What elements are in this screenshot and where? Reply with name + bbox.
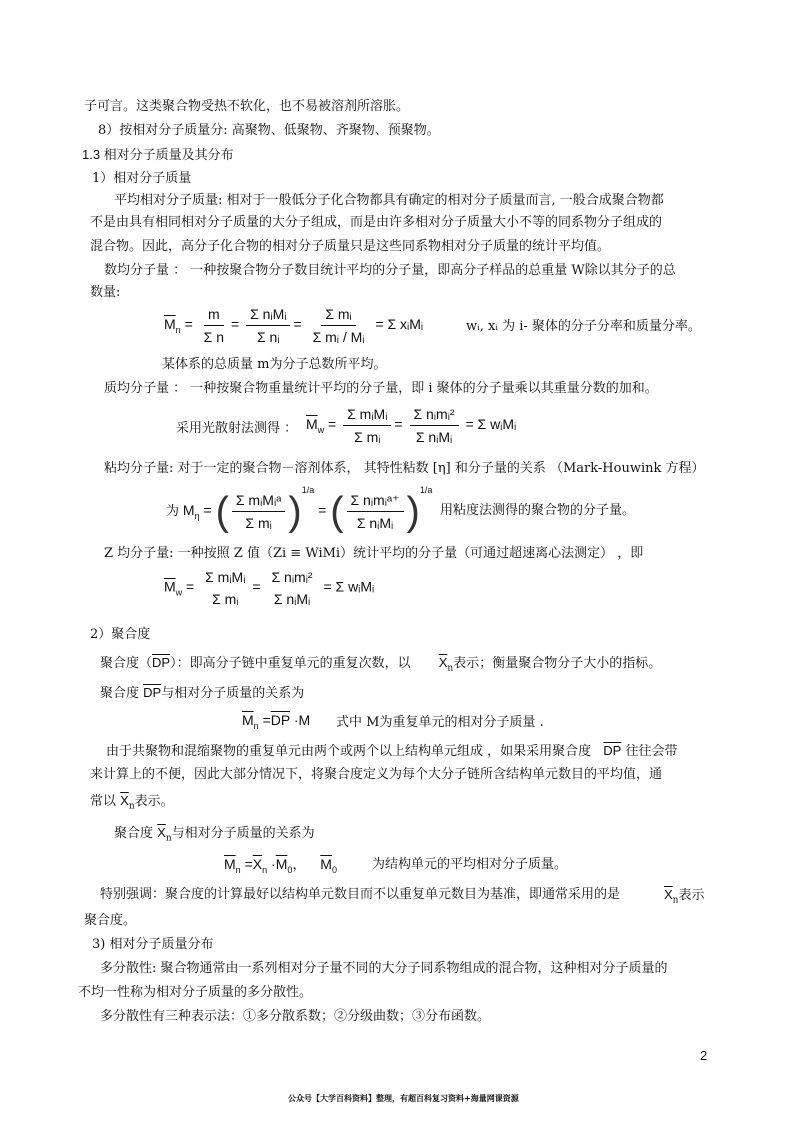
paragraph-line: 某体系的总质量 m为分子总数所平均。 bbox=[162, 356, 386, 374]
formula-number-average: Mn = mΣ n= Σ nᵢMᵢΣ nᵢ= Σ mᵢΣ mᵢ / Mᵢ = Σ… bbox=[164, 305, 423, 346]
subheading-distribution: 3) 相对分子质量分布 bbox=[92, 936, 213, 954]
paragraph-viscosity-average: 粘均分子量: 对于一定的聚合物－溶剂体系， 其特性粘数 [η] 和分子量的关系 … bbox=[104, 460, 705, 478]
paragraph-number-average: 数均分子量 ： 一种按聚合物分子数目统计平均的分子量，即高分子样品的总重量 W除… bbox=[104, 262, 676, 280]
list-item-8: 8）按相对分子质量分: 高聚物、低聚物、齐聚物、预聚物。 bbox=[98, 122, 440, 140]
paragraph-line: 数量: bbox=[90, 284, 120, 302]
section-heading-1-3: 1.3 相对分子质量及其分布 bbox=[82, 146, 234, 164]
paragraph-representation-methods: 多分散性有三种表示法：①多分散系数；②分级曲数；③分布函数。 bbox=[100, 1008, 490, 1026]
footer-note: 公众号【大学百科资料】整理，有超百科复习资料+海量网课资源 bbox=[288, 1093, 519, 1104]
formula-prefix: 采用光散射法测得 ： bbox=[176, 420, 297, 438]
formula-weight-average: Mw = Σ mᵢMᵢΣ mᵢ= Σ nᵢmᵢ²Σ nᵢMᵢ = Σ wᵢMᵢ bbox=[306, 405, 516, 446]
paragraph-line: 聚合度。 bbox=[84, 912, 136, 930]
paragraph-z-average: Z 均分子量: 一种按照 Z 值（Zi ≡ WiMi）统计平均的分子量（可通过超… bbox=[104, 545, 643, 563]
paragraph-line: 不是由具有相同相对分子质量的大分子组成，而是由许多相对分子质量大小不等的同系物分… bbox=[90, 214, 662, 232]
paragraph-xn-relation: 聚合度 Xn与相对分子质量的关系为 bbox=[114, 824, 315, 848]
formula-mn-dp: Mn =DP ·M bbox=[242, 712, 310, 731]
paragraph-dp-relation: 聚合度 DP与相对分子质量的关系为 bbox=[100, 684, 304, 703]
formula-note: wᵢ, xᵢ 为 i- 聚体的分子分率和质量分率。 bbox=[466, 318, 701, 336]
paragraph-line: 不均一性称为相对分子质量的多分散性。 bbox=[78, 984, 312, 1002]
formula-viscosity-average: 为 Mη = (Σ mᵢMᵢᵃΣ mᵢ)1/a = (Σ nᵢmᵢᵃ⁺Σ nᵢM… bbox=[166, 485, 432, 532]
formula-mn-xn: Mn =Xn ·M0， M0 bbox=[224, 854, 337, 875]
paragraph-copolymer: 由于共聚物和混缩聚物的重复单元由两个或两个以上结构单元组成 ，如果采用聚合度 D… bbox=[106, 742, 678, 761]
formula-z-average: Mw = Σ mᵢMᵢΣ mᵢ= Σ nᵢmᵢ²Σ nᵢMᵢ = Σ wᵢMᵢ bbox=[164, 568, 374, 608]
paragraph-polydispersity: 多分散性: 聚合物通常由一系列相对分子量不同的大分子同系物组成的混合物，这种相对… bbox=[100, 960, 668, 978]
paragraph-weight-average: 质均分子量 ： 一种按聚合物重量统计平均的分子量，即 i 聚体的分子量乘以其重量… bbox=[104, 380, 658, 398]
paragraph-dp-definition: 聚合度（DP）：即高分子链中重复单元的重复次数，以 Xn表示；衡量聚合物分子大小… bbox=[100, 654, 661, 678]
paragraph-line: 子可言。这类聚合物受热不软化，也不易被溶剂所溶胀。 bbox=[84, 98, 409, 116]
xn-symbol: Xn表示 bbox=[664, 886, 704, 910]
subheading-degree-of-polymerization: 2）聚合度 bbox=[90, 626, 150, 644]
page-number: 2 bbox=[700, 1048, 707, 1063]
subheading-relative-molecular-mass: 1）相对分子质量 bbox=[92, 170, 191, 188]
formula-note: 为结构单元的平均相对分子质量。 bbox=[372, 856, 567, 874]
paragraph-line: 来计算上的不便，因此大部分情况下，将聚合度定义为每个大分子链所含结构单元数目的平… bbox=[90, 766, 662, 784]
paragraph-line: 常以 Xn表示。 bbox=[90, 792, 174, 816]
document-page: 子可言。这类聚合物受热不软化，也不易被溶剂所溶胀。 8）按相对分子质量分: 高聚… bbox=[0, 0, 792, 1122]
paragraph-line: 混合物。因此，高分子化合物的相对分子质量只是这些同系物相对分子质量的统计平均值。 bbox=[90, 238, 610, 256]
formula-note: 式中 M为重复单元的相对分子质量 . bbox=[336, 714, 544, 732]
formula-note: 用粘度法测得的聚合物的分子量。 bbox=[440, 502, 635, 520]
paragraph-emphasis: 特别强调：聚合度的计算最好以结构单元数目而不以重复单元数目为基准，即通常采用的是 bbox=[100, 886, 620, 904]
paragraph-line: 平均相对分子质量: 相对于一般低分子化合物都具有确定的相对分子质量而言, 一般合… bbox=[114, 192, 664, 210]
